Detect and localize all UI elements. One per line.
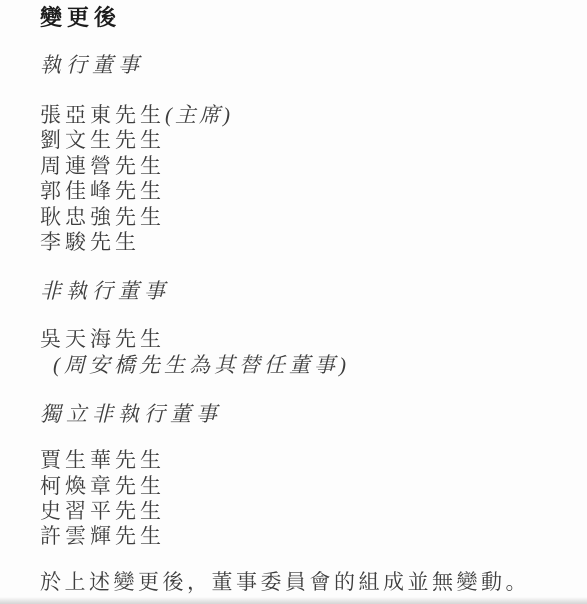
bottom-edge-shadow: [0, 597, 587, 604]
section-heading-independent-non-executive-directors: 獨立非執行董事: [40, 401, 587, 427]
member-alternate-director-note: (周安橋先生為其替任董事): [40, 353, 587, 378]
member-name: 柯煥章先生: [40, 474, 587, 499]
doc-title: 變更後: [40, 5, 587, 31]
member-list-non-executive: 吳天海先生 (周安橋先生為其替任董事): [40, 327, 587, 378]
member-name: 賈生華先生: [40, 448, 587, 473]
member-name: 李駿先生: [40, 230, 587, 255]
section-executive-directors: 執行董事 張亞東先生(主席) 劉文生先生 周連營先生 郭佳峰先生 耿忠強先生 李…: [40, 52, 587, 255]
member-name: 周連營先生: [40, 154, 587, 179]
member-name: 耿忠強先生: [40, 205, 587, 230]
section-non-executive-directors: 非執行董事 吳天海先生 (周安橋先生為其替任董事): [40, 278, 587, 378]
member-name: 史習平先生: [40, 499, 587, 524]
member-name-chairman-suffix: (主席): [165, 103, 233, 127]
section-independent-non-executive-directors: 獨立非執行董事 賈生華先生 柯煥章先生 史習平先生 許雲輝先生: [40, 401, 587, 550]
member-list-independent: 賈生華先生 柯煥章先生 史習平先生 許雲輝先生: [40, 448, 587, 550]
member-name: 吳天海先生: [40, 327, 587, 352]
member-name: 張亞東先生(主席): [40, 103, 587, 128]
member-name: 郭佳峰先生: [40, 179, 587, 204]
member-name: 劉文生先生: [40, 128, 587, 153]
footer-sentence: 於上述變更後，董事委員會的組成並無變動。: [40, 570, 587, 595]
member-name: 許雲輝先生: [40, 524, 587, 549]
section-heading-non-executive-directors: 非執行董事: [40, 278, 587, 304]
member-list-executive: 張亞東先生(主席) 劉文生先生 周連營先生 郭佳峰先生 耿忠強先生 李駿先生: [40, 103, 587, 255]
document-page: 變更後 執行董事 張亞東先生(主席) 劉文生先生 周連營先生 郭佳峰先生 耿忠強…: [0, 0, 587, 604]
member-name-text: 張亞東先生: [40, 103, 165, 127]
section-heading-executive-directors: 執行董事: [40, 52, 587, 78]
